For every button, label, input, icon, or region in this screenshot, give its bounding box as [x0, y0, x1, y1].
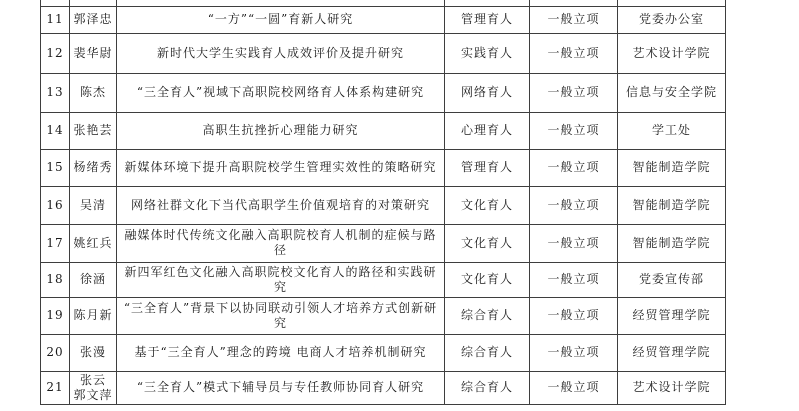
- category-cell: 综合育人: [445, 297, 530, 334]
- leader-name-cell: 陈月新: [70, 297, 117, 334]
- category-cell: 综合育人: [445, 334, 530, 371]
- project-level-cell: 一般立项: [530, 6, 618, 33]
- project-level-cell: 一般立项: [530, 371, 618, 404]
- row-number-cell: 16: [41, 186, 70, 224]
- project-title-cell: 融媒体时代传统文化融入高职院校育人机制的症候与路径: [117, 224, 445, 262]
- leader-name-cell: 郭泽忠: [70, 6, 117, 33]
- project-title-cell: 高职生抗挫折心理能力研究: [117, 112, 445, 149]
- category-cell: 文化育人: [445, 262, 530, 297]
- project-title-cell: “三全育人”背景下以协同联动引领人才培养方式创新研究: [117, 297, 445, 334]
- project-title-cell: “三全育人”视域下高职院校网络育人体系构建研究: [117, 73, 445, 112]
- department-cell: 信息与安全学院: [618, 73, 726, 112]
- row-number-cell: 21: [41, 371, 70, 404]
- leader-name-cell: 杨绪秀: [70, 149, 117, 186]
- row-number-cell: 13: [41, 73, 70, 112]
- department-cell: 经贸管理学院: [618, 297, 726, 334]
- project-title-cell: “一方”“一圆”育新人研究: [117, 6, 445, 33]
- category-cell: 实践育人: [445, 33, 530, 73]
- department-cell: 智能制造学院: [618, 224, 726, 262]
- leader-name-cell: 张漫: [70, 334, 117, 371]
- table-row: 14 张艳芸 高职生抗挫折心理能力研究 心理育人 一般立项 学工处: [41, 112, 726, 149]
- department-cell: 艺术设计学院: [618, 371, 726, 404]
- leader-name-cell: 张云 郭文萍: [70, 371, 117, 404]
- project-table-body: 11 郭泽忠 “一方”“一圆”育新人研究 管理育人 一般立项 党委办公室 12 …: [41, 0, 726, 404]
- leader-name-cell: 吴清: [70, 186, 117, 224]
- category-cell: 文化育人: [445, 186, 530, 224]
- row-number-cell: 15: [41, 149, 70, 186]
- row-number-cell: 14: [41, 112, 70, 149]
- department-cell: 智能制造学院: [618, 149, 726, 186]
- project-title-cell: 网络社群文化下当代高职学生价值观培育的对策研究: [117, 186, 445, 224]
- project-level-cell: 一般立项: [530, 149, 618, 186]
- department-cell: 党委办公室: [618, 6, 726, 33]
- row-number-cell: 18: [41, 262, 70, 297]
- table-row: 18 徐涵 新四军红色文化融入高职院校文化育人的路径和实践研究 文化育人 一般立…: [41, 262, 726, 297]
- category-cell: 管理育人: [445, 6, 530, 33]
- category-cell: 综合育人: [445, 371, 530, 404]
- table-row: 16 吴清 网络社群文化下当代高职学生价值观培育的对策研究 文化育人 一般立项 …: [41, 186, 726, 224]
- table-row: 20 张漫 基于“三全育人”理念的跨境 电商人才培养机制研究 综合育人 一般立项…: [41, 334, 726, 371]
- department-cell: 学工处: [618, 112, 726, 149]
- leader-name-cell: 张艳芸: [70, 112, 117, 149]
- project-level-cell: 一般立项: [530, 73, 618, 112]
- project-title-cell: “三全育人”模式下辅导员与专任教师协同育人研究: [117, 371, 445, 404]
- project-level-cell: 一般立项: [530, 224, 618, 262]
- table-row: 15 杨绪秀 新媒体环境下提升高职院校学生管理实效性的策略研究 管理育人 一般立…: [41, 149, 726, 186]
- department-cell: 党委宣传部: [618, 262, 726, 297]
- department-cell: 经贸管理学院: [618, 334, 726, 371]
- project-level-cell: 一般立项: [530, 112, 618, 149]
- project-level-cell: 一般立项: [530, 297, 618, 334]
- category-cell: 心理育人: [445, 112, 530, 149]
- document-page: 11 郭泽忠 “一方”“一圆”育新人研究 管理育人 一般立项 党委办公室 12 …: [0, 0, 799, 411]
- table-row: 13 陈杰 “三全育人”视域下高职院校网络育人体系构建研究 网络育人 一般立项 …: [41, 73, 726, 112]
- leader-name-cell: 姚红兵: [70, 224, 117, 262]
- row-number-cell: 19: [41, 297, 70, 334]
- project-title-cell: 新四军红色文化融入高职院校文化育人的路径和实践研究: [117, 262, 445, 297]
- project-level-cell: 一般立项: [530, 334, 618, 371]
- project-title-cell: 新媒体环境下提升高职院校学生管理实效性的策略研究: [117, 149, 445, 186]
- table-row: 17 姚红兵 融媒体时代传统文化融入高职院校育人机制的症候与路径 文化育人 一般…: [41, 224, 726, 262]
- project-table: 11 郭泽忠 “一方”“一圆”育新人研究 管理育人 一般立项 党委办公室 12 …: [40, 0, 726, 405]
- project-level-cell: 一般立项: [530, 262, 618, 297]
- table-row: 11 郭泽忠 “一方”“一圆”育新人研究 管理育人 一般立项 党委办公室: [41, 6, 726, 33]
- category-cell: 文化育人: [445, 224, 530, 262]
- leader-name-cell: 陈杰: [70, 73, 117, 112]
- row-number-cell: 17: [41, 224, 70, 262]
- project-level-cell: 一般立项: [530, 33, 618, 73]
- table-row: 21 张云 郭文萍 “三全育人”模式下辅导员与专任教师协同育人研究 综合育人 一…: [41, 371, 726, 404]
- leader-name-cell: 徐涵: [70, 262, 117, 297]
- project-title-cell: 新时代大学生实践育人成效评价及提升研究: [117, 33, 445, 73]
- row-number-cell: 12: [41, 33, 70, 73]
- leader-name-cell: 裴华尉: [70, 33, 117, 73]
- department-cell: 智能制造学院: [618, 186, 726, 224]
- row-number-cell: 20: [41, 334, 70, 371]
- category-cell: 网络育人: [445, 73, 530, 112]
- department-cell: 艺术设计学院: [618, 33, 726, 73]
- project-level-cell: 一般立项: [530, 186, 618, 224]
- table-row: 19 陈月新 “三全育人”背景下以协同联动引领人才培养方式创新研究 综合育人 一…: [41, 297, 726, 334]
- table-row: 12 裴华尉 新时代大学生实践育人成效评价及提升研究 实践育人 一般立项 艺术设…: [41, 33, 726, 73]
- category-cell: 管理育人: [445, 149, 530, 186]
- row-number-cell: 11: [41, 6, 70, 33]
- project-title-cell: 基于“三全育人”理念的跨境 电商人才培养机制研究: [117, 334, 445, 371]
